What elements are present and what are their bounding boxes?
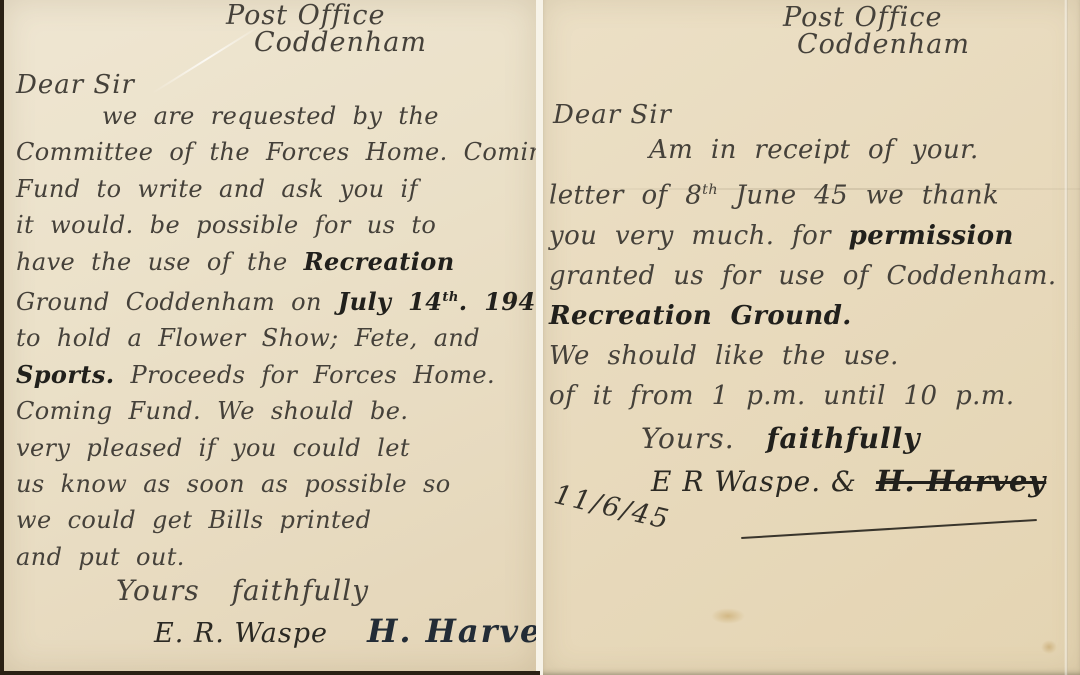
letter-line: Am in receipt of your. xyxy=(549,130,1077,170)
line-text: Proceeds for Forces Home. xyxy=(115,361,496,389)
letter-line: us know as soon as possible so xyxy=(16,466,532,502)
scanned-letters-document: Post Office Coddenham Dear Sir we are re… xyxy=(0,0,1080,675)
line-text: very pleased if you could let xyxy=(16,434,410,462)
letter-line: of it from 1 p.m. until 10 p.m. xyxy=(549,376,1077,416)
letter-line: Committee of the Forces Home. Coming xyxy=(16,134,532,170)
letter-line: you very much. for permission xyxy=(549,216,1077,256)
line-text: Fund to write and ask you if xyxy=(16,175,418,203)
paper-stain xyxy=(711,608,745,624)
line-text: We should like the use. xyxy=(549,341,899,371)
line-text: you very much. for xyxy=(549,221,849,251)
salutation: Dear Sir xyxy=(553,100,672,130)
date-text: July 14 xyxy=(338,287,442,316)
letter-body: Am in receipt of your. letter of 8th Jun… xyxy=(549,130,1077,416)
letter-line: We should like the use. xyxy=(549,336,1077,376)
line-text: Am in receipt of your. xyxy=(649,135,979,165)
line-text: we are requested by the xyxy=(102,102,439,130)
letter-line: Recreation Ground. xyxy=(549,296,1077,336)
signature-er-waspe: E. R. Waspe xyxy=(154,618,328,649)
letter-line: granted us for use of Coddenham. xyxy=(549,256,1077,296)
ordinal-suffix: th xyxy=(442,290,458,305)
pen-underline-stroke xyxy=(741,519,1037,539)
signature-h-harvey-struck: H. Harvey xyxy=(876,464,1046,498)
paper-crease xyxy=(151,24,262,95)
letter-line: very pleased if you could let xyxy=(16,430,532,466)
letterhead-coddenham: Coddenham xyxy=(797,29,970,60)
line-text: to hold a Flower Show; Fete, and xyxy=(16,324,480,352)
line-text: granted us for use of Coddenham. xyxy=(549,261,1057,291)
signature-row: E. R. Waspe H. Harvey. xyxy=(154,612,536,650)
ordinal-suffix: th xyxy=(702,182,718,198)
closing-valediction: Yours faithfully xyxy=(116,574,369,607)
closing-valediction: Yours. faithfully xyxy=(641,422,921,455)
letter-line: Sports. Proceeds for Forces Home. xyxy=(16,357,532,393)
letter-body: we are requested by the Committee of the… xyxy=(16,98,532,575)
line-text: and put out. xyxy=(16,543,185,571)
signature-row: E R Waspe. & H. Harvey xyxy=(651,464,1046,498)
closing-emphasis: faithfully xyxy=(767,422,921,455)
letter-line: and put out. xyxy=(16,539,532,575)
line-text: of it from 1 p.m. until 10 p.m. xyxy=(549,381,1015,411)
line-text: Ground Coddenham on xyxy=(16,288,338,316)
line-text: we could get Bills printed xyxy=(16,506,371,534)
emphasized-text: Recreation Ground. xyxy=(549,301,852,331)
letter-line: to hold a Flower Show; Fete, and xyxy=(16,320,532,356)
letter-line: we could get Bills printed xyxy=(16,502,532,538)
scan-edge-left xyxy=(0,0,4,675)
letter-line: letter of 8th June 45 we thank xyxy=(549,170,1077,216)
emphasized-text: Sports. xyxy=(16,360,115,389)
letter-right-sheet: Post Office Coddenham Dear Sir Am in rec… xyxy=(543,0,1080,675)
closing-text: Yours. xyxy=(641,422,767,455)
signature-er-waspe: E R Waspe. & xyxy=(651,465,857,498)
line-text: letter of 8 xyxy=(549,181,702,211)
letter-line: Fund to write and ask you if xyxy=(16,171,532,207)
letter-left-sheet: Post Office Coddenham Dear Sir we are re… xyxy=(4,0,536,671)
letter-line: Ground Coddenham on July 14th. 1945 xyxy=(16,280,532,320)
line-text: it would. be possible for us to xyxy=(16,211,436,239)
line-text: us know as soon as possible so xyxy=(16,470,451,498)
line-text: Coming Fund. We should be. xyxy=(16,397,408,425)
paper-stain xyxy=(1041,640,1057,654)
signature-h-harvey: H. Harvey. xyxy=(367,612,536,650)
letter-line: we are requested by the xyxy=(16,98,532,134)
line-text: June 45 we thank xyxy=(718,181,999,211)
scan-edge-bottom xyxy=(0,671,540,675)
salutation: Dear Sir xyxy=(16,70,135,100)
emphasized-text: Recreation xyxy=(304,247,455,276)
emphasized-text: permission xyxy=(849,221,1014,251)
letter-line: have the use of the Recreation xyxy=(16,244,532,280)
year-text: . 1945 xyxy=(459,287,536,316)
line-text: have the use of the xyxy=(16,248,304,276)
letter-line: Coming Fund. We should be. xyxy=(16,393,532,429)
line-text: Committee of the Forces Home. Coming xyxy=(16,138,536,166)
letter-line: it would. be possible for us to xyxy=(16,207,532,243)
letterhead-coddenham: Coddenham xyxy=(254,27,427,58)
